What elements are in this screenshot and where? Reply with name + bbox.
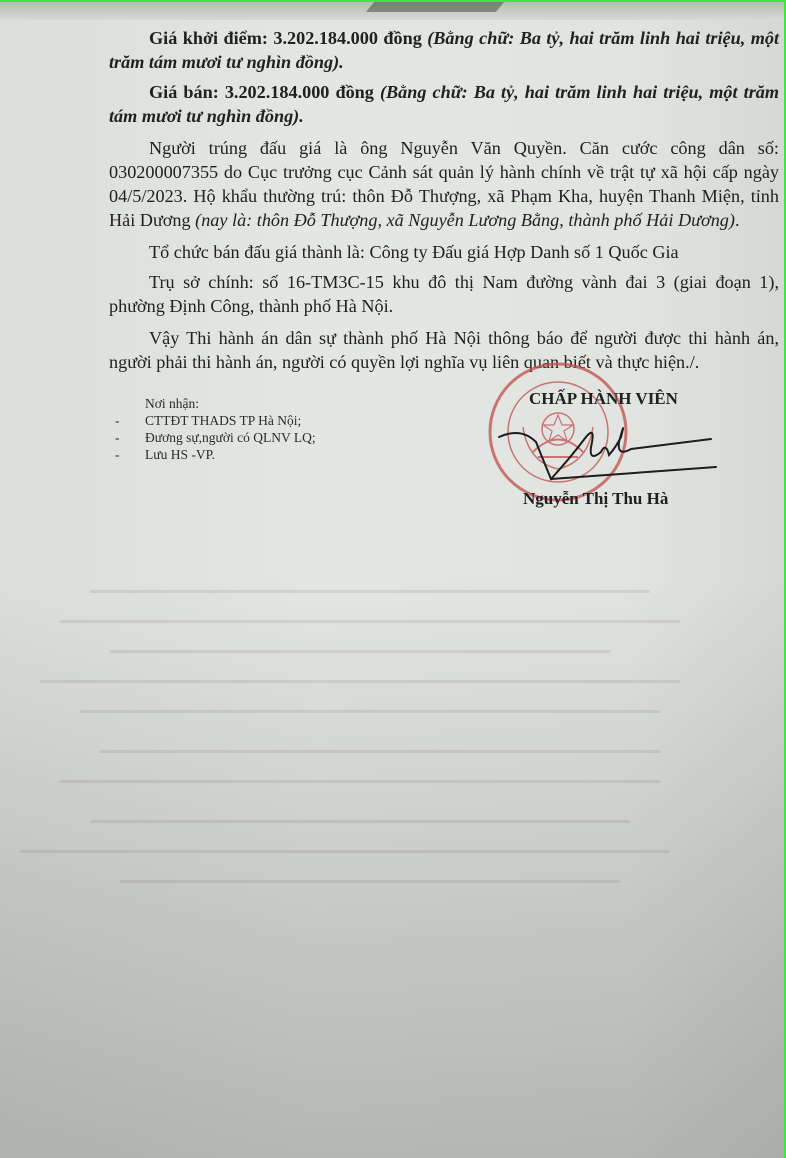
signature-block: CHẤP HÀNH VIÊN Nguyễn Thị Thu Hà [491,389,771,519]
recipients-list: Nơi nhận: -CTTĐT THADS TP Hà Nội; -Đương… [109,395,316,463]
signer-title: CHẤP HÀNH VIÊN [529,389,678,409]
starting-price-label: Giá khởi điểm: 3.202.184.000 đồng [149,28,422,48]
bleed-through-text [0,560,784,920]
winner-address-note: (nay là: thôn Đỗ Thượng, xã Nguyễn Lương… [195,210,735,230]
recipient-text: Lưu HS -VP. [145,446,215,463]
document-page: Giá khởi điểm: 3.202.184.000 đồng (Bằng … [0,0,784,1158]
handwritten-signature-icon [491,407,731,487]
document-body: Giá khởi điểm: 3.202.184.000 đồng (Bằng … [109,26,779,374]
winner-paragraph: Người trúng đấu giá là ông Nguyễn Văn Qu… [109,136,779,232]
recipient-item: -Đương sự,người có QLNV LQ; [109,429,316,446]
winner-end: . [735,210,740,230]
starting-price: Giá khởi điểm: 3.202.184.000 đồng (Bằng … [109,26,779,74]
recipient-text: Đương sự,người có QLNV LQ; [145,429,316,446]
organizer-paragraph: Tổ chức bán đấu giá thành là: Công ty Đấ… [109,240,779,264]
recipients-label: Nơi nhận: [109,395,316,412]
document-footer: Nơi nhận: -CTTĐT THADS TP Hà Nội; -Đương… [109,395,779,525]
recipient-item: -Lưu HS -VP. [109,446,316,463]
recipient-text: CTTĐT THADS TP Hà Nội; [145,412,301,429]
signer-name: Nguyễn Thị Thu Hà [523,489,668,509]
page-fold-shadow [366,2,504,12]
sale-price-label: Giá bán: 3.202.184.000 đồng [149,82,374,102]
headquarters-paragraph: Trụ sở chính: số 16-TM3C-15 khu đô thị N… [109,270,779,318]
sale-price: Giá bán: 3.202.184.000 đồng (Bằng chữ: B… [109,80,779,128]
notice-paragraph: Vậy Thi hành án dân sự thành phố Hà Nội … [109,326,779,374]
recipient-item: -CTTĐT THADS TP Hà Nội; [109,412,316,429]
